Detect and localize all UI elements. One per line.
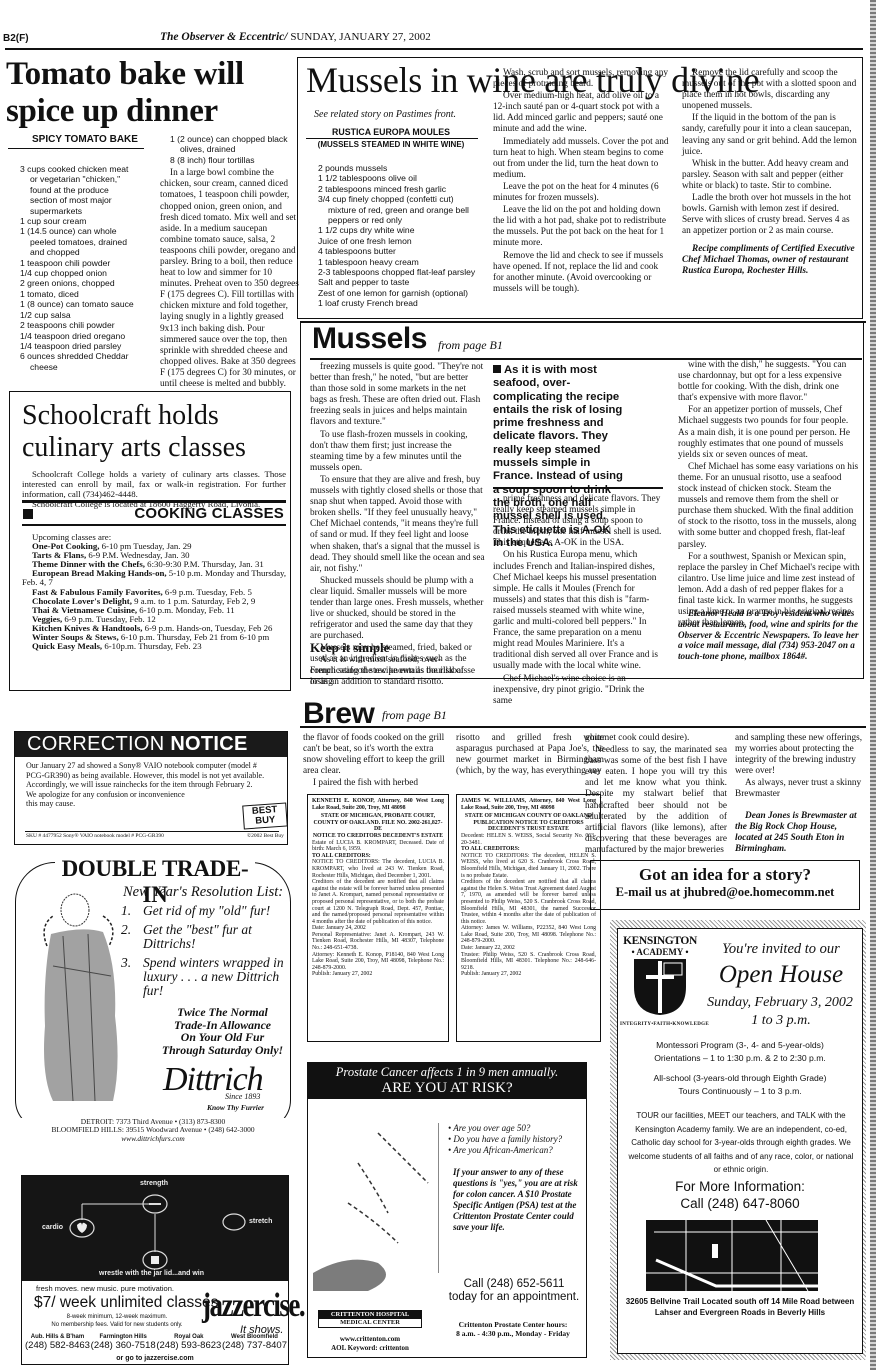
correction-body: Our January 27 ad showed a Sony® VAIO no… xyxy=(26,761,276,809)
ingredient-item: 2 green onions, chopped xyxy=(20,278,138,288)
class-item: Quick Easy Meals, 6-10p.m. Thursday, Feb… xyxy=(22,642,288,651)
ingredient-item: 1 1/2 tablespoons olive oil xyxy=(318,173,480,183)
schoolcraft-headline: Schoolcraft holds culinary arts classes xyxy=(22,400,288,464)
step-paragraph: Whisk in the butter. Add heavy cream and… xyxy=(682,159,860,192)
event-date: Sunday, February 3, 2002 xyxy=(696,995,864,1011)
node-strength: strength xyxy=(140,1180,168,1187)
ingredient-item: 1/4 cup chopped onion xyxy=(20,268,138,278)
paper-name: The Observer & Eccentric/ xyxy=(160,31,287,43)
ingredient-item: 1 (2 ounce) can chopped black olives, dr… xyxy=(170,134,300,155)
recipe-title: RUSTICA EUROPA MOULES xyxy=(306,127,476,137)
tagline: Know Thy Furrier xyxy=(207,1103,264,1112)
ingredient-list: 2 pounds mussels1 1/2 tablespoons olive … xyxy=(318,163,480,309)
ingredient-item: Juice of one fresh lemon xyxy=(318,236,480,246)
resolution-item: 2.Get the "best" fur at Dittrichs! xyxy=(121,923,289,951)
risk-question: • Are you African-American? xyxy=(448,1145,586,1156)
ingredient-item: 1/4 teaspoon dried oregano xyxy=(20,331,138,341)
jazzercise-terms: 8-week minimum, 12-week maximum. No memb… xyxy=(32,1314,202,1329)
correction-rule xyxy=(25,831,279,832)
cross-shield-icon xyxy=(620,957,700,1017)
ingredient-item: 1 cup sour cream xyxy=(20,216,138,226)
location-map[interactable] xyxy=(646,1220,818,1291)
ingredient-item: 1 tablespoon heavy cream xyxy=(318,257,480,267)
node-cardio: cardio xyxy=(42,1224,63,1231)
ingredient-item: 2-3 tablespoons chopped flat-leaf parsle… xyxy=(318,267,480,277)
issue-date: SUNDAY, JANUARY 27, 2002 xyxy=(290,31,430,43)
kensington-ad: KENSINGTON • ACADEMY • INTEGRITY•FAITH•K… xyxy=(617,928,863,1354)
story-idea-box: Got an idea for a story? E-mail us at jh… xyxy=(590,860,860,910)
recipe-title-rule xyxy=(306,138,478,139)
step-paragraph: Remove the lid and check to see if musse… xyxy=(493,251,671,295)
jazzercise-web-link[interactable]: or go to jazzercise.com xyxy=(22,1355,288,1362)
node-stretch: stretch xyxy=(249,1218,272,1225)
open-house-title: Open House xyxy=(700,961,862,989)
crittenton-web: www.crittenton.com AOL Keyword: crittent… xyxy=(314,1335,426,1352)
jazzercise-ad: strength cardio stretch wrestle with the… xyxy=(21,1175,289,1365)
map-icon xyxy=(646,1220,818,1291)
recipe-credit: Recipe compliments of Certified Executiv… xyxy=(682,244,860,277)
story-idea-title: Got an idea for a story? xyxy=(591,865,859,885)
ingredient-item: 2 teaspoons chili powder xyxy=(20,320,138,330)
copyright: ©2002 Best Buy xyxy=(247,833,284,839)
brew-column-2: risotto and grilled fresh white asparagu… xyxy=(456,733,604,778)
dittrich-locations: DETROIT: 7373 Third Avenue • (313) 873-8… xyxy=(15,1118,291,1143)
kensington-invite: You're invited to our xyxy=(700,941,862,958)
crittenton-hours: Crittenton Prostate Center hours: 8 a.m.… xyxy=(440,1320,586,1338)
kensington-logo: KENSINGTON • ACADEMY • INTEGRITY•FAITH•K… xyxy=(620,935,700,1027)
trade-in-offer: Twice The NormalTrade-In AllowanceOn You… xyxy=(155,1006,290,1056)
more-info: For More Information: Call (248) 647-806… xyxy=(618,1178,862,1212)
ingredient-item: 1/2 cup salsa xyxy=(20,310,138,320)
dittrich-subtitle: New Year's Resolution List: xyxy=(123,884,283,901)
step-paragraph: Over medium-high heat, add olive oil to … xyxy=(493,91,671,135)
fur-model-illustration xyxy=(33,886,125,1106)
crittenton-logo: CRITTENTON HOSPITAL MEDICAL CENTER xyxy=(318,1310,422,1328)
ingredient-item: Salt and pepper to taste xyxy=(318,277,480,287)
schoolcraft-box: Schoolcraft holds culinary arts classes … xyxy=(9,391,291,691)
correction-notice-ad: CORRECTION NOTICE Our January 27 ad show… xyxy=(14,731,288,845)
ingredient-item: 1 loaf crusty French bread xyxy=(318,298,480,308)
class-item: European Bread Making Hands-on, 5-10 p.m… xyxy=(22,569,288,587)
kensington-address: 32605 Bellvine Trail Located south off 1… xyxy=(618,1296,862,1318)
steps-column-1: Wash, scrub and sort mussels, removing a… xyxy=(493,68,671,296)
recipe-title-rule xyxy=(8,148,144,149)
jazzercise-logo: jazzercise. xyxy=(202,1286,304,1325)
resolution-item: 1.Get rid of my "old" fur! xyxy=(121,904,289,918)
jazzercise-tagline: fresh moves. new music. pure motivation. xyxy=(36,1284,174,1293)
ingredient-item: 1 1/2 cups dry white wine xyxy=(318,225,480,235)
scan-edge xyxy=(870,0,876,1370)
section-top-rule xyxy=(22,500,286,503)
brew-headline: Brew xyxy=(303,697,374,731)
crittenton-ad: Prostate Cancer affects 1 in 9 men annua… xyxy=(307,1062,587,1358)
ingredient-item: 8 (8 inch) flour tortillas xyxy=(170,155,300,165)
step-paragraph: Leave the pot on the heat for 4 minutes … xyxy=(493,182,671,204)
crittenton-body: If your answer to any of these questions… xyxy=(453,1167,578,1233)
ingredient-item: 1 (14.5 ounce) can whole peeled tomatoes… xyxy=(20,226,138,257)
offer-line: Twice The Normal xyxy=(155,1006,290,1019)
masthead: The Observer & Eccentric/ SUNDAY, JANUAR… xyxy=(160,31,431,43)
resolution-item: 3.Spend winters wrapped in luxury . . . … xyxy=(121,956,289,998)
ingredient-list-cont: 1 (2 ounce) can chopped black olives, dr… xyxy=(160,134,300,165)
related-story: See related story on Pastimes front. xyxy=(314,109,456,120)
offer-line: On Your Old Fur xyxy=(155,1031,290,1044)
ingredient-item: 2 tablespoons minced fresh garlic xyxy=(318,184,480,194)
legal-notice-weiss: JAMES W. WILLIAMS, Attorney, 840 West Lo… xyxy=(456,794,601,1042)
tomato-right-col: 1 (2 ounce) can chopped black olives, dr… xyxy=(160,134,300,391)
page-number: B2(F) xyxy=(3,33,29,44)
offer-line: Through Saturday Only! xyxy=(155,1044,290,1057)
ingredient-item: 3/4 cup finely chopped (confetti cut) mi… xyxy=(318,194,480,225)
dittrich-website-link[interactable]: www.dittrichfurs.com xyxy=(15,1135,291,1143)
ingredient-item: Zest of one lemon for garnish (optional) xyxy=(318,288,480,298)
crittenton-call: Call (248) 652-5611 today for an appoint… xyxy=(440,1278,588,1304)
event-time: 1 to 3 p.m. xyxy=(700,1013,862,1029)
story-email-link[interactable]: E-mail us at jhubred@oe.homecomm.net xyxy=(591,885,859,900)
brew-column-3: gourmet cook could desire).Needless to s… xyxy=(585,733,727,857)
dittrich-ad: DOUBLE TRADE-IN New Year's Resolution Li… xyxy=(15,856,291,1148)
ingredient-item: 1 teaspoon chili powder xyxy=(20,258,138,268)
brew-column-4: and sampling these new offerings, my wor… xyxy=(735,733,865,856)
step-paragraph: Ladle the broth over hot mussels in the … xyxy=(682,193,860,237)
studio-location: Farmington Hills(248) 360-7518 xyxy=(91,1334,156,1351)
ingredient-item: 3 cups cooked chicken meat or vegetarian… xyxy=(20,164,138,216)
ingredient-item: 1 tomato, diced xyxy=(20,289,138,299)
ingredient-item: 4 tablespoons butter xyxy=(318,246,480,256)
tomato-directions: In a large bowl combine the chicken, sou… xyxy=(160,168,300,390)
ingredient-item: 1/4 teaspoon dried parsley xyxy=(20,341,138,351)
resolution-list: 1.Get rid of my "old" fur!2.Get the "bes… xyxy=(121,904,289,1003)
ingredient-item: 2 pounds mussels xyxy=(318,163,480,173)
kensington-about: TOUR our facilities, MEET our teachers, … xyxy=(624,1109,858,1177)
step-paragraph: Immediately add mussels. Cover the pot a… xyxy=(493,137,671,181)
section-icon xyxy=(23,509,33,519)
steps-column-2: Remove the lid carefully and scoop the m… xyxy=(682,68,860,238)
risk-question: • Do you have a family history? xyxy=(448,1134,586,1145)
section-bottom-rule xyxy=(22,524,286,526)
hand-illustration-icon xyxy=(308,1103,438,1293)
jazzercise-dark-panel: strength cardio stretch wrestle with the… xyxy=(22,1176,288,1281)
mussels-recipe-box: Mussels in wine are truly divine See rel… xyxy=(297,57,863,319)
fur-coat-woman-icon xyxy=(33,886,125,1106)
studio-location: West Bloomfield(248) 737-8407 xyxy=(222,1334,287,1351)
step-paragraph: Remove the lid carefully and scoop the m… xyxy=(682,68,860,112)
program-info: Montessori Program (3-, 4- and 5-year-ol… xyxy=(618,1039,862,1098)
recipe-title: SPICY TOMATO BAKE xyxy=(32,134,138,145)
since-tag: Since 1893 xyxy=(225,1092,260,1101)
divider-dotted xyxy=(438,1123,439,1273)
ingredient-item: 1 (8 ounce) can tomato sauce xyxy=(20,299,138,309)
ingredient-list: 3 cups cooked chicken meat or vegetarian… xyxy=(20,164,138,372)
studio-location: Royal Oak(248) 593-8623 xyxy=(156,1334,221,1351)
tomato-headline: Tomato bake will spice up dinner xyxy=(6,56,296,130)
brew-top-rule xyxy=(300,726,866,728)
jazzercise-price: $7/ week unlimited classes xyxy=(34,1294,218,1312)
step-paragraph: If the liquid in the bottom of the pan i… xyxy=(682,113,860,157)
ingredient-item: 6 ounces shredded Cheddar cheese xyxy=(20,351,138,372)
crittenton-website-link[interactable]: www.crittenton.com xyxy=(314,1335,426,1344)
recipe-subtitle: (MUSSELS STEAMED IN WHITE WINE) xyxy=(306,140,476,149)
kensington-phone[interactable]: Call (248) 647-8060 xyxy=(618,1195,862,1212)
legal-notice-krompart: KENNETH E. KONOP, Attorney, 840 West Lon… xyxy=(307,794,449,1042)
node-jar: wrestle with the jar lid...and win xyxy=(99,1270,204,1277)
risk-questions: • Are you over age 50?• Do you have a fa… xyxy=(448,1123,586,1156)
mussels-jump-box-border xyxy=(300,322,864,679)
best-buy-logo: BEST BUY xyxy=(242,802,288,829)
studio-location: Aub. Hills & B'ham(248) 582-8463 xyxy=(25,1334,90,1351)
step-paragraph: Leave the lid on the pot and holding dow… xyxy=(493,205,671,249)
classes-list: Upcoming classes are: One-Pot Cooking, 6… xyxy=(22,533,288,651)
crittenton-phone[interactable]: Call (248) 652-5611 xyxy=(440,1278,588,1291)
sku-line: SKU # 4477952 Sony® VAIO notebook model … xyxy=(26,833,164,839)
cooking-classes-title: COOKING CLASSES xyxy=(134,505,284,522)
brew-column-1: the flavor of foods cooked on the grill … xyxy=(303,733,450,790)
correction-banner: CORRECTION NOTICE xyxy=(15,732,287,757)
header-rule xyxy=(5,48,863,50)
class-items: One-Pot Cooking, 6-10 pm Tuesday, Jan. 2… xyxy=(22,542,288,651)
risk-question: • Are you over age 50? xyxy=(448,1123,586,1134)
location-list: Aub. Hills & B'ham(248) 582-8463Farmingt… xyxy=(25,1334,287,1351)
from-page-link[interactable]: from page B1 xyxy=(382,708,447,723)
step-paragraph: Wash, scrub and sort mussels, removing a… xyxy=(493,68,671,90)
crittenton-banner: Prostate Cancer affects 1 in 9 men annua… xyxy=(308,1063,586,1099)
